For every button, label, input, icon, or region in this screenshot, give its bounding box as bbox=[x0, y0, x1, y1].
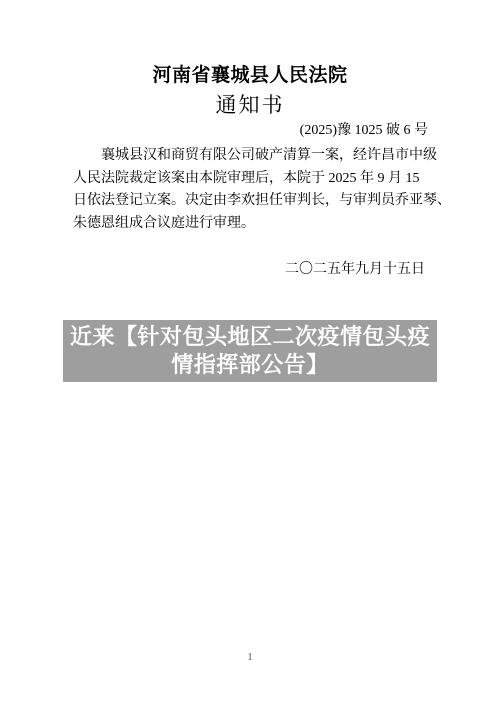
document-page: 河南省襄城县人民法院 通知书 (2025)豫 1025 破 6 号 襄城县汉和商… bbox=[0, 0, 500, 706]
court-name-heading: 河南省襄城县人民法院 bbox=[0, 64, 500, 88]
notice-body-line: 人民法院裁定该案由本院审理后，本院于 2025 年 9 月 15 bbox=[73, 168, 433, 191]
announcement-banner-line: 近来【针对包头地区二次疫情包头疫 bbox=[63, 323, 437, 351]
notice-date: 二〇二五年九月十五日 bbox=[73, 260, 425, 279]
case-number: (2025)豫 1025 破 6 号 bbox=[73, 121, 428, 140]
notice-body-line: 襄城县汉和商贸有限公司破产清算一案，经许昌市中级 bbox=[73, 145, 433, 168]
page-number: 1 bbox=[0, 651, 500, 663]
document-type-heading: 通知书 bbox=[0, 92, 500, 118]
notice-body-line: 朱德恩组成合议庭进行审理。 bbox=[73, 213, 433, 236]
notice-body-line: 日依法登记立案。决定由李欢担任审判长，与审判员乔亚琴、 bbox=[73, 190, 433, 213]
announcement-banner: 近来【针对包头地区二次疫情包头疫 情指挥部公告】 bbox=[63, 320, 437, 382]
announcement-banner-line: 情指挥部公告】 bbox=[63, 351, 437, 379]
notice-body: 襄城县汉和商贸有限公司破产清算一案，经许昌市中级 人民法院裁定该案由本院审理后，… bbox=[73, 145, 433, 235]
